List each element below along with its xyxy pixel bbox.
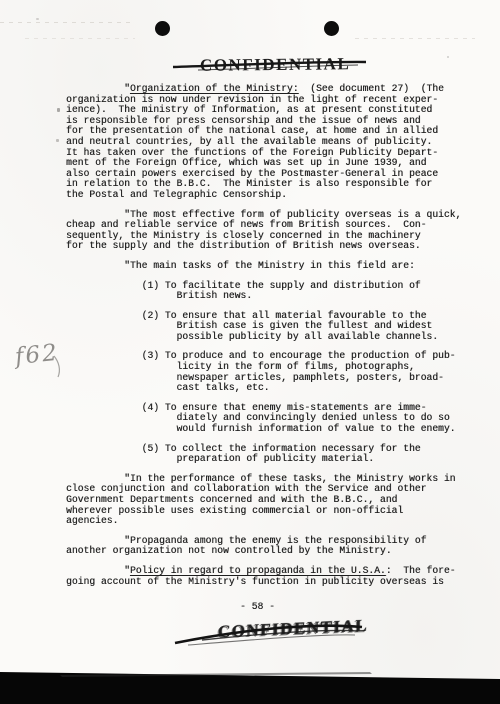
paragraph: "In the performance of these tasks, the … — [66, 474, 466, 527]
paragraph: "The most effective form of publicity ov… — [66, 210, 466, 252]
scanned-document-page: CONFIDENTIAL "Organization of the Minist… — [0, 0, 500, 704]
document-line: "Policy in regard to propaganda in the U… — [66, 566, 466, 577]
paragraph: (2) To ensure that all material favourab… — [66, 311, 466, 343]
document-line: possible publicity by all available chan… — [66, 332, 466, 343]
document-line: the Postal and Telegraphic Censorship. — [66, 190, 466, 201]
scan-speck — [447, 56, 449, 58]
document-line: British news. — [66, 291, 466, 302]
scan-scratch — [355, 38, 475, 39]
pencil-tick-mark — [50, 352, 70, 380]
document-line: preparation of publicity material. — [66, 454, 466, 465]
paragraph: (1) To facilitate the supply and distrib… — [66, 281, 466, 302]
document-line: for the supply and the distribution of B… — [66, 241, 466, 252]
document-line: "Organization of the Ministry: (See docu… — [66, 84, 466, 95]
confidential-stamp-bottom: CONFIDENTIAL — [170, 613, 380, 647]
paragraph: (4) To ensure that enemy mis-statements … — [66, 403, 466, 435]
punch-hole-dot — [324, 21, 339, 36]
punch-hole-dot — [155, 21, 170, 36]
paragraph: (3) To produce and to encourage the prod… — [66, 351, 466, 393]
document-line: would furnish information of value to th… — [66, 424, 466, 435]
scan-speck — [36, 18, 39, 20]
scan-scratch — [25, 38, 135, 39]
scan-scratch — [0, 22, 130, 23]
paragraph: "The main tasks of the Ministry in this … — [66, 261, 466, 272]
document-line: wherever possible uses existing commerci… — [66, 506, 466, 517]
strikethrough-lines-icon — [170, 50, 380, 84]
document-line: going account of the Ministry's function… — [66, 577, 466, 588]
paragraph: "Policy in regard to propaganda in the U… — [66, 566, 466, 587]
page-number: - 58 - — [240, 601, 275, 612]
scan-speck — [56, 139, 59, 142]
document-text: "Organization of the Ministry: (See docu… — [66, 84, 466, 596]
document-line: Government Departments concerned and wit… — [66, 495, 466, 506]
document-line: "The main tasks of the Ministry in this … — [66, 261, 466, 272]
confidential-stamp-top: CONFIDENTIAL — [170, 50, 380, 84]
document-line: another organization not now controlled … — [66, 546, 466, 557]
paragraph: "Organization of the Ministry: (See docu… — [66, 84, 466, 201]
strikethrough-lines-icon — [170, 613, 380, 653]
document-line: and neutral countries, by all the availa… — [66, 137, 466, 148]
document-line: cast talks, etc. — [66, 383, 466, 394]
document-line: agencies. — [66, 516, 466, 527]
paragraph: (5) To collect the information necessary… — [66, 444, 466, 465]
scan-artifact-band — [0, 658, 500, 704]
scan-speck — [57, 108, 60, 112]
paragraph: "Propaganda among the enemy is the respo… — [66, 536, 466, 557]
